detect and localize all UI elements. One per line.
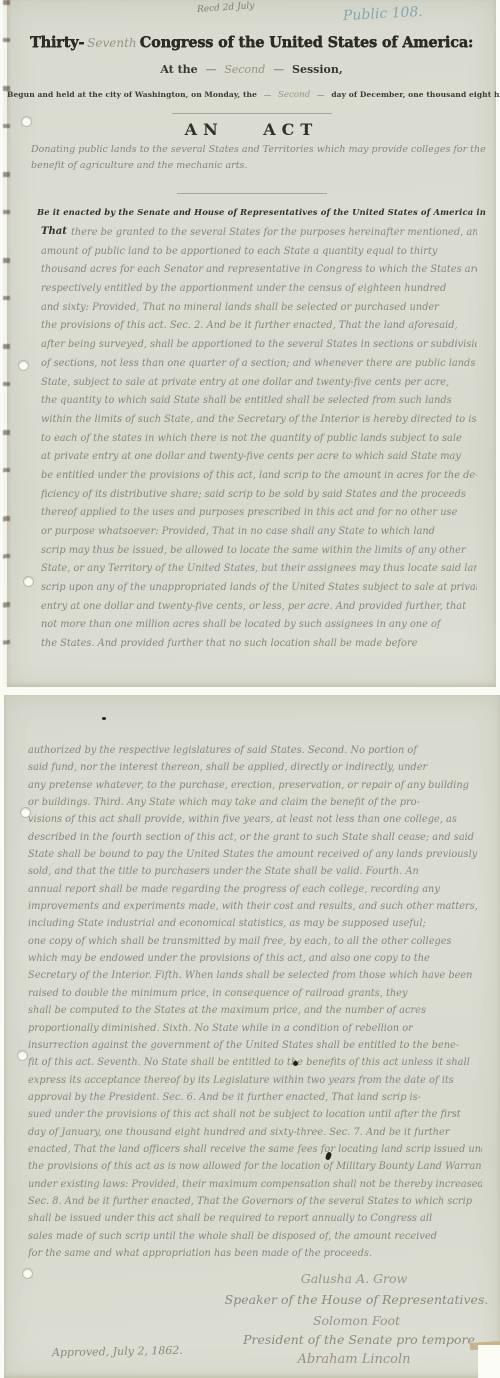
handwritten-line: day of January, one thousand eight hundr… bbox=[28, 1124, 482, 1141]
page1-body-text: there be granted to the several States f… bbox=[41, 224, 477, 654]
handwritten-line: entry at one dollar and twenty-five cent… bbox=[41, 598, 477, 617]
handwritten-line: State, subject to sale at private entry … bbox=[41, 374, 477, 393]
handwritten-line: the quantity to which said State shall b… bbox=[41, 392, 477, 411]
handwritten-line: one copy of which shall be transmitted b… bbox=[28, 933, 482, 950]
punch-hole bbox=[18, 1051, 27, 1060]
punch-hole bbox=[23, 1269, 32, 1278]
handwritten-line: to each of the states in which there is … bbox=[41, 430, 477, 449]
handwritten-line: there be granted to the several States f… bbox=[41, 224, 477, 243]
handwritten-line: fit of this act. Seventh. No State shall… bbox=[28, 1054, 482, 1071]
handwritten-line: and sixty: Provided, That no mineral lan… bbox=[41, 299, 477, 318]
divider-rule bbox=[172, 113, 332, 114]
handwritten-line: at private entry at one dollar and twent… bbox=[41, 448, 477, 467]
page2-body-text: authorized by the respective legislature… bbox=[28, 742, 482, 1262]
handwritten-line: proportionally diminished. Sixth. No Sta… bbox=[28, 1020, 482, 1037]
handwritten-line: the provisions of this act. Sec. 2. And … bbox=[41, 317, 477, 336]
dash-separator: — bbox=[260, 90, 276, 99]
handwritten-line: respectively entitled by the apportionme… bbox=[41, 280, 477, 299]
handwritten-line: or buildings. Third. Any State which may… bbox=[28, 794, 482, 811]
dash-separator: — bbox=[313, 90, 329, 99]
handwritten-line: the States. And provided further that no… bbox=[41, 635, 477, 654]
act-description: Donating public lands to the several Sta… bbox=[31, 142, 486, 174]
handwritten-line: any pretense whatever, to the purchase, … bbox=[28, 777, 482, 794]
handwritten-line: be entitled under the provisions of this… bbox=[41, 467, 477, 486]
handwritten-line: sued under the provisions of this act sh… bbox=[28, 1106, 482, 1123]
handwritten-line: the provisions of this act as is now all… bbox=[28, 1158, 482, 1175]
handwritten-line: improvements and experiments made, with … bbox=[28, 898, 482, 915]
title-handwritten-seventh: Seventh bbox=[87, 36, 136, 50]
handwritten-line: for the same and what appropriation has … bbox=[28, 1245, 482, 1262]
enacting-clause: Be it enacted by the Senate and House of… bbox=[37, 207, 489, 217]
handwritten-line: thereof applied to the uses and purposes… bbox=[41, 504, 477, 523]
handwritten-line: shall be issued under this act shall be … bbox=[28, 1210, 482, 1227]
page-1: Recd 2d July Public 108. Thirty-SeventhC… bbox=[7, 0, 496, 687]
speaker-signature: Galusha A. Grow bbox=[234, 1271, 474, 1286]
handwritten-line: scrip may thus be issued, be allowed to … bbox=[41, 542, 477, 561]
handwritten-line: approval by the President. Sec. 6. And b… bbox=[28, 1089, 482, 1106]
speaker-title: Speaker of the House of Representatives. bbox=[214, 1292, 499, 1307]
handwritten-line: described in the fourth section of this … bbox=[28, 829, 482, 846]
handwritten-line: authorized by the respective legislature… bbox=[28, 742, 482, 759]
handwritten-line: benefit of agriculture and the mechanic … bbox=[31, 158, 486, 174]
handwritten-line: annual report shall be made regarding th… bbox=[28, 881, 482, 898]
handwritten-line: raised to double the minimum price, in c… bbox=[28, 985, 482, 1002]
session-line: At the — Second — Session, bbox=[7, 63, 496, 76]
handwritten-line: scrip upon any of the unappropriated lan… bbox=[41, 579, 477, 598]
handwritten-line: after being surveyed, shall be apportion… bbox=[41, 336, 477, 355]
handwritten-line: shall be computed to the States at the m… bbox=[28, 1002, 482, 1019]
begun-prefix: Begun and held at the city of Washington… bbox=[7, 90, 257, 99]
handwritten-line: ficiency of its distributive share; said… bbox=[41, 486, 477, 505]
senate-president-signature: Solomon Foot bbox=[254, 1313, 459, 1328]
senate-president-title: President of the Senate pro tempore bbox=[219, 1332, 499, 1347]
act-heading: AN ACT bbox=[7, 120, 496, 139]
handwritten-line: visions of this act shall provide, withi… bbox=[28, 811, 482, 828]
corner-notch bbox=[478, 1345, 500, 1378]
session-handwritten: Second bbox=[224, 63, 265, 76]
begun-line: Begun and held at the city of Washington… bbox=[7, 90, 496, 100]
handwritten-line: Secretary of the Interior. Fifth. When l… bbox=[28, 967, 482, 984]
handwritten-line: not more than one million acres shall be… bbox=[41, 616, 477, 635]
dash-separator: — bbox=[202, 63, 221, 76]
handwritten-line: amount of public land to be apportioned … bbox=[41, 243, 477, 262]
divider-rule bbox=[177, 193, 327, 194]
session-suffix: Session, bbox=[292, 63, 343, 76]
punch-hole bbox=[24, 577, 33, 586]
congress-title: Thirty-SeventhCongress of the United Sta… bbox=[7, 32, 496, 51]
handwritten-line: sales made of such scrip until the whole… bbox=[28, 1228, 482, 1245]
begun-day-handwritten: Second bbox=[278, 90, 310, 100]
handwritten-line: insurrection against the government of t… bbox=[28, 1037, 482, 1054]
handwritten-line: or purpose whatsoever: Provided, That in… bbox=[41, 523, 477, 542]
handwritten-line: sold, and that the title to purchasers u… bbox=[28, 863, 482, 880]
received-annotation: Recd 2d July bbox=[197, 1, 255, 15]
handwritten-line: express its acceptance thereof by its Le… bbox=[28, 1072, 482, 1089]
handwritten-line: said fund, nor the interest thereon, sha… bbox=[28, 759, 482, 776]
torn-left-edge bbox=[3, 0, 10, 687]
title-printed-prefix: Thirty- bbox=[30, 34, 84, 51]
punch-hole bbox=[19, 361, 28, 370]
punch-hole bbox=[22, 117, 31, 126]
handwritten-line: Sec. 8. And be it further enacted, That … bbox=[28, 1193, 482, 1210]
handwritten-line: which may be endowed under the provision… bbox=[28, 950, 482, 967]
lincoln-signature: Abraham Lincoln bbox=[244, 1352, 464, 1367]
approval-note: Approved, July 2, 1862. bbox=[52, 1344, 183, 1359]
handwritten-line: of sections, not less than one quarter o… bbox=[41, 355, 477, 374]
handwritten-line: thousand acres for each Senator and repr… bbox=[41, 261, 477, 280]
handwritten-line: Donating public lands to the several Sta… bbox=[31, 142, 486, 158]
public-number-annotation: Public 108. bbox=[343, 4, 424, 24]
begun-middle: day of December, one thousand eight hund… bbox=[331, 90, 500, 99]
handwritten-line: within the limits of such State, and the… bbox=[41, 411, 477, 430]
ink-blot bbox=[293, 1061, 298, 1066]
handwritten-line: State, or any Territory of the United St… bbox=[41, 560, 477, 579]
handwritten-line: including State industrial and economica… bbox=[28, 915, 482, 932]
title-printed-rest: Congress of the United States of America… bbox=[140, 34, 473, 51]
punch-hole bbox=[21, 808, 30, 817]
session-prefix: At the bbox=[160, 63, 197, 76]
handwritten-line: under existing laws: Provided, their max… bbox=[28, 1176, 482, 1193]
handwritten-line: enacted, That the land officers shall re… bbox=[28, 1141, 482, 1158]
handwritten-line: State shall be bound to pay the United S… bbox=[28, 846, 482, 863]
page-2: authorized by the respective legislature… bbox=[4, 695, 500, 1378]
ink-mark bbox=[102, 717, 106, 720]
dash-separator: — bbox=[269, 63, 288, 76]
